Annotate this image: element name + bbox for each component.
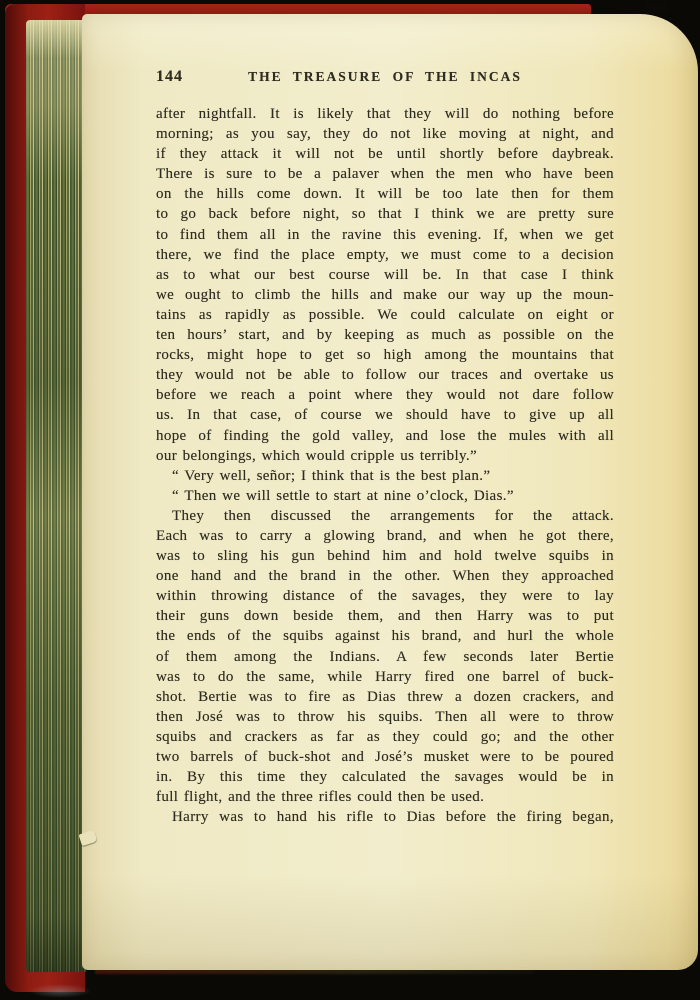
running-title: THE TREASURE OF THE INCAS: [156, 68, 614, 86]
text-line: Harry was to hand his rifle to Dias befo…: [156, 807, 614, 827]
text-line: to find them all in the ravine this even…: [156, 225, 614, 245]
text-line: within throwing distance of the savages,…: [156, 586, 614, 606]
text-line: if they attack it will not be until shor…: [156, 144, 614, 164]
text-line: in. By this time they calculated the sav…: [156, 767, 614, 787]
text-line: us. In that case, of course we should ha…: [156, 405, 614, 425]
text-line: after nightfall. It is likely that they …: [156, 104, 614, 124]
corner-shadow: [644, 2, 670, 15]
text-line: before we reach a point where they would…: [156, 385, 614, 405]
text-line: they would not be able to follow our tra…: [156, 365, 614, 385]
running-header: 144 THE TREASURE OF THE INCAS: [156, 68, 614, 86]
text-line: we ought to climb the hills and make our…: [156, 285, 614, 305]
text-line: two barrels of buck-shot and José’s musk…: [156, 747, 614, 767]
text-line: There is sure to be a palaver when the m…: [156, 164, 614, 184]
text-line: “ Then we will settle to start at nine o…: [156, 486, 614, 506]
text-line: morning; as you say, they do not like mo…: [156, 124, 614, 144]
book-scan: 144 THE TREASURE OF THE INCAS after nigh…: [0, 0, 700, 1000]
text-line: one hand and the brand in the other. Whe…: [156, 566, 614, 586]
text-line: to go back before night, so that I think…: [156, 204, 614, 224]
text-line: They then discussed the arrangements for…: [156, 506, 614, 526]
paragraph: “ Very well, señor; I think that is the …: [156, 466, 614, 486]
text-line: Each was to carry a glowing brand, and w…: [156, 526, 614, 546]
text-line: as to what our best course will be. In t…: [156, 265, 614, 285]
paragraph: Harry was to hand his rifle to Dias befo…: [156, 807, 614, 827]
page-content: 144 THE TREASURE OF THE INCAS after nigh…: [156, 68, 614, 827]
text-line: was to sling his gun behind him and hold…: [156, 546, 614, 566]
text-line: shot. Bertie was to fire as Dias threw a…: [156, 687, 614, 707]
text-line: was to do the same, while Harry fired on…: [156, 667, 614, 687]
text-line: rocks, might hope to get so high among t…: [156, 345, 614, 365]
book-page: 144 THE TREASURE OF THE INCAS after nigh…: [82, 14, 698, 970]
text-line: full flight, and the three rifles could …: [156, 787, 614, 807]
text-line: their guns down beside them, and then Ha…: [156, 606, 614, 626]
text-line: hope of finding the gold valley, and los…: [156, 426, 614, 446]
text-line: tains as rapidly as possible. We could c…: [156, 305, 614, 325]
paragraph: They then discussed the arrangements for…: [156, 506, 614, 807]
text-body: after nightfall. It is likely that they …: [156, 104, 614, 827]
text-line: ten hours’ start, and by keeping as much…: [156, 325, 614, 345]
page-number: 144: [156, 68, 183, 86]
page-fore-edges: [26, 20, 86, 972]
text-line: squibs and crackers as far as they could…: [156, 727, 614, 747]
text-line: our belongings, which would cripple us t…: [156, 446, 614, 466]
text-line: the ends of the squibs against his brand…: [156, 626, 614, 646]
scan-glare: [28, 984, 92, 998]
paragraph: “ Then we will settle to start at nine o…: [156, 486, 614, 506]
text-line: then José was to throw his squibs. Then …: [156, 707, 614, 727]
text-line: of them among the Indians. A few seconds…: [156, 647, 614, 667]
paragraph: after nightfall. It is likely that they …: [156, 104, 614, 466]
text-line: “ Very well, señor; I think that is the …: [156, 466, 614, 486]
text-line: on the hills come down. It will be too l…: [156, 184, 614, 204]
text-line: there, we find the place empty, we must …: [156, 245, 614, 265]
